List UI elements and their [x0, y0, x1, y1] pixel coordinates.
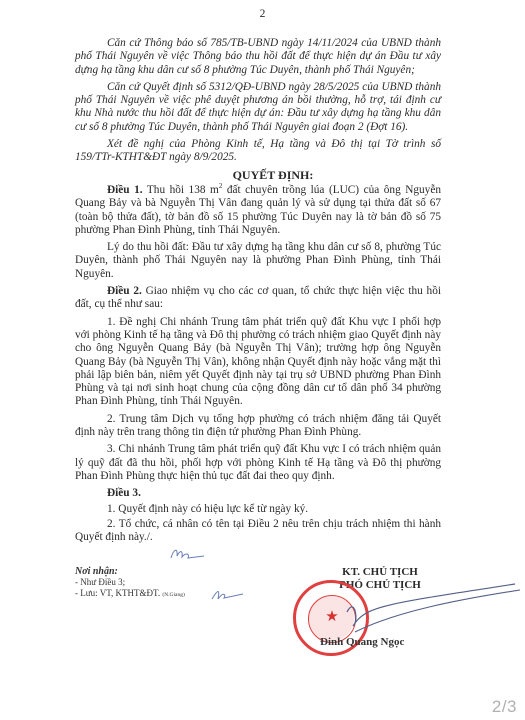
signature-title-1: KT. CHỦ TỊCH	[315, 566, 445, 579]
legal-basis-1: Căn cứ Thông báo số 785/TB-UBND ngày 14/…	[75, 37, 441, 77]
page-indicator: 2/3	[492, 697, 517, 717]
decision-heading: QUYẾT ĐỊNH:	[75, 169, 441, 182]
article-2: Điều 2. Giao nhiệm vụ cho các cơ quan, t…	[75, 285, 441, 312]
document-page: 2 Căn cứ Thông báo số 785/TB-UBND ngày 1…	[0, 0, 525, 720]
article-3-item-1: 1. Quyết định này có hiệu lực kể từ ngày…	[75, 503, 441, 516]
recipient-line-2-text: - Lưu: VT, KTHT&ĐT.	[75, 588, 160, 598]
signer-name: Đinh Quang Ngọc	[320, 636, 404, 648]
initial-signature-icon	[168, 544, 208, 564]
article-2-item-2: 2. Trung tâm Dịch vụ tổng hợp phường có …	[75, 413, 441, 440]
signature-icon	[345, 582, 525, 642]
recipients-title: Nơi nhận:	[75, 566, 185, 577]
recipient-line-1: - Như Điều 3;	[75, 577, 185, 588]
article-2-item-3: 3. Chi nhánh Trung tâm phát triển quỹ đấ…	[75, 443, 441, 483]
article-1-label: Điều 1.	[107, 184, 143, 196]
recipient-line-2: - Lưu: VT, KTHT&ĐT. (N.Giang)	[75, 588, 185, 601]
article-1: Điều 1. Thu hồi 138 m2 đất chuyên trồng …	[75, 184, 441, 237]
article-2-item-1: 1. Đề nghị Chi nhánh Trung tâm phát triể…	[75, 316, 441, 409]
recipient-line-2-note: (N.Giang)	[162, 592, 184, 598]
recovery-reason: Lý do thu hồi đất: Đầu tư xây dựng hạ tầ…	[75, 241, 441, 281]
article-1-text-pre: Thu hồi 138 m	[143, 184, 219, 196]
initial-signature-icon	[210, 587, 246, 603]
article-2-label: Điều 2.	[107, 285, 142, 297]
document-body: Căn cứ Thông báo số 785/TB-UBND ngày 14/…	[75, 37, 441, 548]
legal-basis-2: Căn cứ Quyết định số 5312/QĐ-UBND ngày 2…	[75, 81, 441, 134]
article-3-label: Điều 3.	[75, 487, 441, 500]
page-number: 2	[0, 8, 525, 20]
article-3-item-2: 2. Tổ chức, cá nhân có tên tại Điều 2 nê…	[75, 518, 441, 545]
recipients-block: Nơi nhận: - Như Điều 3; - Lưu: VT, KTHT&…	[75, 566, 185, 601]
proposal-basis: Xét đề nghị của Phòng Kinh tế, Hạ tầng v…	[75, 138, 441, 165]
